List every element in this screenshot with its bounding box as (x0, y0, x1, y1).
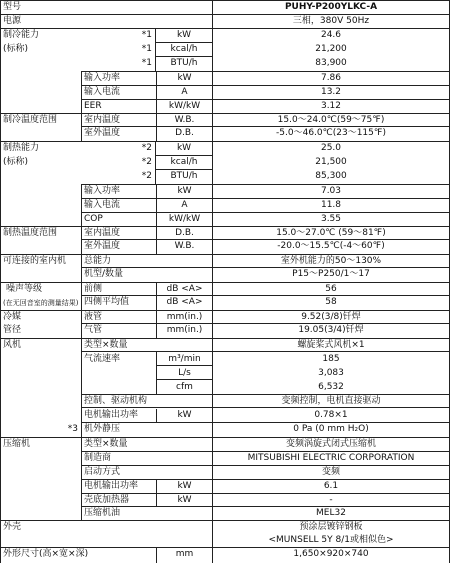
unit-cell: kW (156, 185, 212, 199)
unit-cell: BTU/h (156, 57, 212, 71)
sub-label: 控制、驱动机构 (82, 395, 212, 408)
sub-label: 启动方式 (82, 466, 212, 480)
value-cell: 变频 (213, 466, 449, 480)
unit-cell: dB <A> (157, 283, 212, 296)
dimensions-label: 外形尺寸(高×宽×深) (1, 548, 156, 562)
unit-cell: dB <A> (157, 296, 212, 310)
unit-cell: kW (156, 494, 212, 507)
sub-label: 前侧 (82, 283, 156, 296)
unit-cell: kcal/h (156, 43, 212, 57)
value-cell: 预涂层镀锌钢板 (213, 521, 449, 534)
unit-cell: mm (157, 548, 212, 562)
sub-label: 室内温度 (82, 114, 156, 127)
cooling-capacity-label: 制冷能力 (1, 29, 81, 43)
sub-label: 类型×数量 (82, 438, 212, 452)
value-cell: 螺旋桨式风机×1 (213, 339, 449, 352)
noise-label2: (在无回音室的测量结果) (1, 297, 81, 310)
cooling-note: *1 (81, 43, 156, 57)
unit-cell: kW (156, 72, 212, 86)
value-cell: 变频控制，电机直接驱动 (213, 395, 449, 408)
value-cell: 变频涡旋式闭式压缩机 (213, 438, 449, 452)
model-value: PUHY-P200YLKC-A (213, 1, 449, 15)
unit-cell: D.B. (157, 127, 212, 141)
fan-label: 风机 (1, 339, 81, 353)
value-cell: 3.55 (213, 213, 449, 226)
cooling-range-label: 制冷温度范围 (1, 114, 81, 128)
unit-cell: W.B. (157, 240, 212, 254)
value-cell: 0.78×1 (213, 409, 449, 423)
sub-label: 输入功率 (82, 72, 156, 86)
value-cell: <MUNSELL 5Y 8/1或相似色> (213, 534, 449, 547)
value-cell: - (213, 494, 449, 507)
cooling-note: *1 (81, 29, 156, 43)
sub-label: 气管 (82, 324, 156, 338)
value-cell: 7.86 (213, 72, 449, 86)
heating-capacity-label2: (标称) (1, 156, 81, 170)
value-cell: 21,500 (213, 156, 449, 170)
unit-cell: kW (156, 480, 212, 494)
unit-cell: kW (156, 409, 212, 423)
sub-label: 室外温度 (82, 127, 156, 141)
value-cell: 15.0～27.0℃ (59～81℉) (213, 227, 449, 240)
value-cell: -5.0～46.0℃(23～115℉) (213, 127, 449, 141)
value-cell: 21,200 (213, 43, 449, 57)
value-cell: 0 Pa (0 mm H₂O) (213, 423, 449, 437)
sub-label: EER (82, 100, 156, 113)
unit-cell: mm(in.) (157, 324, 212, 338)
value-cell: 15.0～24.0℃(59～75℉) (213, 114, 449, 127)
heating-note: *2 (81, 156, 156, 170)
unit-cell: kcal/h (156, 156, 212, 170)
value-cell: 1,650×920×740 (213, 548, 449, 562)
compressor-label: 压缩机 (1, 438, 81, 452)
sub-label: 总能力 (82, 255, 212, 268)
sub-label: 气流速率 (82, 353, 156, 367)
sub-label: 液管 (82, 311, 156, 324)
pipe-label: 冷媒 (1, 311, 81, 324)
unit-cell: A (156, 199, 212, 213)
sub-label: 输入电流 (82, 86, 156, 100)
sub-label: 制造商 (82, 452, 212, 466)
value-cell: MITSUBISHI ELECTRIC CORPORATION (213, 452, 449, 466)
heating-capacity-label: 制热能力 (1, 142, 81, 156)
sub-label: 输入电流 (82, 199, 156, 213)
value-cell: 3,083 (213, 367, 449, 381)
unit-cell: BTU/h (156, 170, 212, 184)
value-cell: 24.6 (213, 29, 449, 43)
spec-table: 型号 PUHY-P200YLKC-A 电源 三相，380V 50Hz 制冷能力 … (0, 0, 450, 563)
heating-note: *2 (81, 142, 156, 156)
casing-label: 外壳 (1, 521, 212, 535)
value-cell: P15～P250/1～17 (213, 268, 449, 282)
value-cell: 25.0 (213, 142, 449, 156)
power-value: 三相，380V 50Hz (213, 15, 449, 29)
value-cell: 85,300 (213, 170, 449, 184)
value-cell: 9.52(3/8)钎焊 (213, 311, 449, 324)
value-cell: 13.2 (213, 86, 449, 100)
unit-cell: mm(in.) (157, 311, 212, 324)
power-label: 电源 (1, 15, 212, 29)
sub-label: 电机输出功率 (82, 480, 156, 494)
sub-label: 机外静压 (82, 423, 212, 437)
cooling-capacity-label2: (标称) (1, 43, 81, 57)
value-cell: -20.0～15.5℃(-4～60℉) (213, 240, 449, 254)
sub-label: COP (82, 213, 156, 226)
value-cell: 6.1 (213, 480, 449, 494)
unit-cell: kW/kW (156, 213, 212, 226)
value-cell: 11.8 (213, 199, 449, 213)
sub-label: 电机输出功率 (82, 409, 156, 423)
indoor-units-label: 可连接的室内机 (1, 255, 81, 269)
value-cell: 185 (213, 353, 449, 367)
value-cell: 83,900 (213, 57, 449, 71)
sub-label: 壳底加热器 (82, 494, 156, 507)
value-cell: 3.12 (213, 100, 449, 113)
sub-label: 类型×数量 (82, 339, 212, 352)
sub-label: 输入功率 (82, 185, 156, 199)
value-cell: 19.05(3/4)钎焊 (213, 324, 449, 338)
unit-cell: kW/kW (156, 100, 212, 113)
value-cell: 7.03 (213, 185, 449, 199)
heating-note: *2 (81, 170, 156, 184)
value-cell: 室外机能力的50～130% (213, 255, 449, 268)
value-cell: 6,532 (213, 381, 449, 394)
value-cell: MEL32 (213, 507, 449, 520)
noise-label: 噪声等级 (4, 283, 81, 297)
pipe-label2: 管径 (1, 324, 81, 338)
sub-label: 室内温度 (82, 227, 156, 240)
unit-cell: D.B. (157, 227, 212, 240)
value-cell: 58 (213, 296, 449, 310)
unit-cell: A (156, 86, 212, 100)
unit-cell: m³/min (157, 353, 212, 366)
cooling-note: *1 (81, 57, 156, 71)
sub-label: 机型/数量 (82, 268, 212, 282)
unit-cell: L/s (157, 367, 212, 380)
sub-label: 压缩机油 (82, 507, 212, 520)
model-label: 型号 (1, 1, 212, 15)
unit-cell: W.B. (157, 114, 212, 127)
unit-cell: cfm (157, 381, 212, 394)
unit-cell: kW (156, 29, 212, 43)
esp-note: *3 (1, 423, 82, 437)
sub-label: 四侧平均值 (82, 296, 156, 310)
sub-label: 室外温度 (82, 240, 156, 254)
value-cell: 56 (213, 283, 449, 296)
unit-cell: kW (156, 142, 212, 156)
heating-range-label: 制热温度范围 (1, 227, 81, 241)
